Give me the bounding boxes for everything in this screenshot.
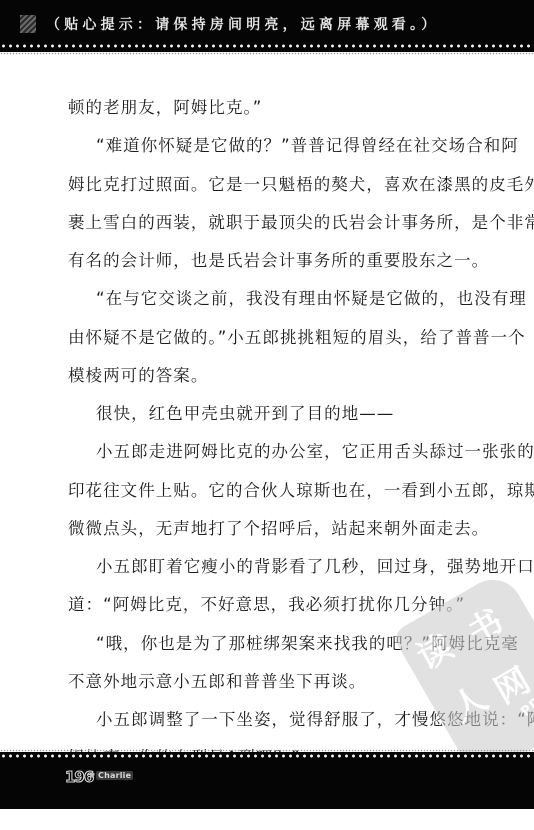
header-fine-border: [0, 52, 534, 55]
hatched-square-icon: [20, 15, 36, 33]
watermark-glyph: 人: [441, 671, 495, 730]
text-line: 裹上雪白的西装，就职于最顶尖的氏岩会计事务所，是个非常: [68, 204, 480, 242]
text-line: 印花往文件上贴。它的合伙人琼斯也在，一看到小五郎，琼斯: [68, 472, 480, 510]
text-line: “难道你怀疑是它做的？”普普记得曾经在社交场合和阿: [68, 127, 480, 165]
header-dotted-border: [0, 44, 534, 48]
text-line: 小五郎调整了一下坐姿，觉得舒服了，才慢悠悠地说：“阿: [68, 701, 480, 739]
footer-bar: 196 ♥ Charlie: [0, 752, 534, 809]
header-tip: （贴心提示：请保持房间明亮，远离屏幕观看。）: [20, 14, 439, 34]
text-line: 姆比克打过照面。它是一只魁梧的獒犬，喜欢在漆黑的皮毛外: [68, 166, 480, 204]
text-line: 小五郎盯着它瘦小的背影看了几秒，回过身，强势地开口: [68, 548, 480, 586]
footer-dotted-border: [0, 754, 534, 758]
text-line: 微微点头，无声地打了个招呼后，站起来朝外面走去。: [68, 510, 480, 548]
watermark-glyph: 书: [457, 595, 511, 654]
tip-text: （贴心提示：请保持房间明亮，远离屏幕观看。）: [46, 14, 439, 34]
text-line: 模棱两可的答案。: [68, 357, 480, 395]
text-line: 有名的会计师，也是氏岩会计事务所的重要股东之一。: [68, 242, 480, 280]
text-line: 由怀疑不是它做的。”小五郎挑挑粗短的眉头，给了普普一个: [68, 319, 480, 357]
page-body: 顿的老朋友，阿姆比克。”“难道你怀疑是它做的？”普普记得曾经在社交场合和阿姆比克…: [68, 89, 480, 816]
watermark-glyph: 读: [407, 620, 461, 679]
text-line: 很快，红色甲壳虫就开到了目的地——: [68, 395, 480, 433]
text-line: 顿的老朋友，阿姆比克。”: [68, 89, 480, 127]
text-line: “在与它交谈之前，我没有理由怀疑是它做的，也没有理: [68, 280, 480, 318]
heart-icon: ♥: [89, 772, 95, 780]
footer-brand: Charlie: [96, 771, 133, 780]
text-line: 小五郎走进阿姆比克的办公室，它正用舌头舔过一张张的: [68, 433, 480, 471]
